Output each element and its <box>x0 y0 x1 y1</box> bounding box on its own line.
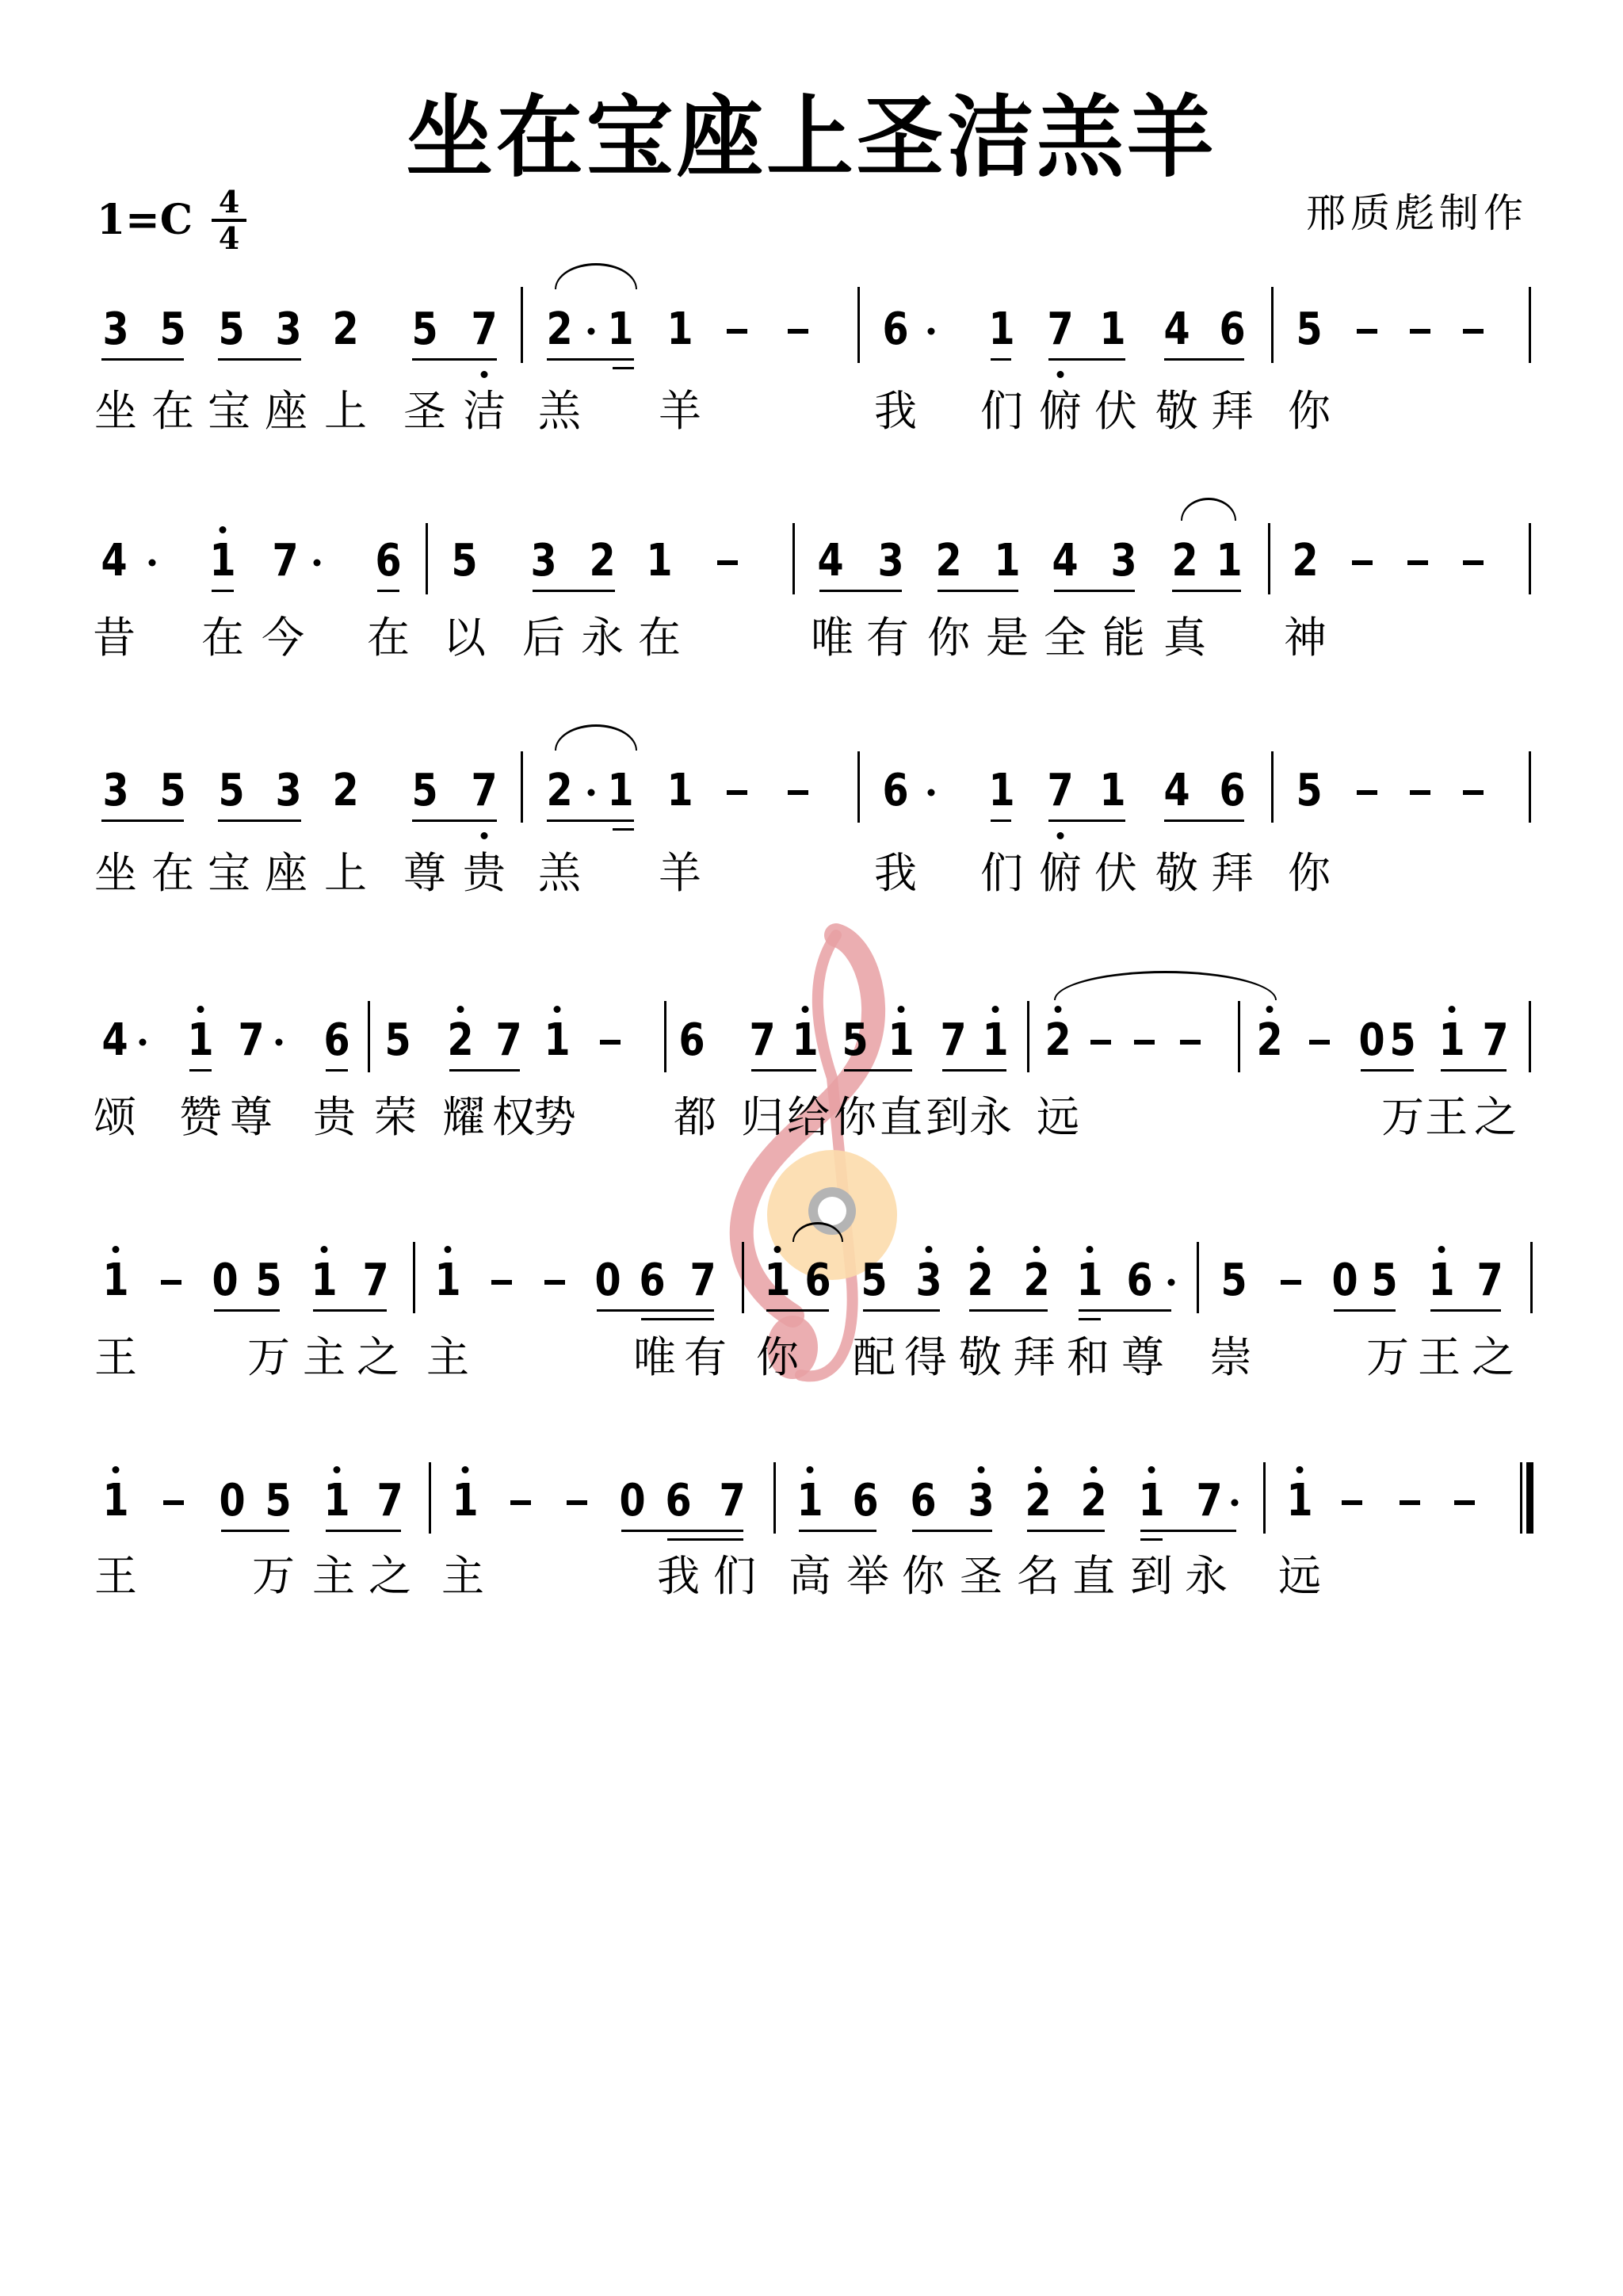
octave-up-dot <box>1266 1006 1274 1013</box>
lyric-char: 直 <box>1072 1555 1115 1598</box>
extension-dash <box>1407 560 1428 565</box>
note: 6 <box>1125 1259 1155 1303</box>
note: 7 <box>375 1479 406 1523</box>
note-digit: 7 <box>1196 1479 1222 1523</box>
note-digit: 3 <box>275 769 301 813</box>
augmentation-dot <box>928 789 935 797</box>
note: 7 <box>270 539 301 583</box>
final-barline <box>1520 1462 1533 1534</box>
extension-dash <box>544 1280 565 1285</box>
note: 0 <box>1330 1259 1361 1303</box>
extension-dash <box>1454 1500 1475 1505</box>
note-digit: 1 <box>888 1018 914 1063</box>
note-digit: 5 <box>159 769 185 813</box>
lyric-char: 圣 <box>403 390 446 433</box>
note: 1 <box>1136 1479 1167 1523</box>
note-digit: 2 <box>589 539 615 583</box>
note-digit: 5 <box>1220 1259 1247 1303</box>
note-digit: 1 <box>666 769 693 813</box>
extension-dash <box>1463 790 1484 795</box>
note: 6 <box>880 769 911 813</box>
lyric-char: 尊 <box>230 1096 273 1139</box>
lyric-char: 永 <box>969 1096 1012 1139</box>
note-digit: 1 <box>102 1259 128 1303</box>
note-digit: 7 <box>1476 1259 1503 1303</box>
lyric-char: 洁 <box>463 390 506 433</box>
note: 6 <box>908 1479 939 1523</box>
augmentation-dot <box>276 1039 283 1046</box>
note-digit: 2 <box>1025 1479 1051 1523</box>
note: 6 <box>663 1479 694 1523</box>
octave-up-dot <box>802 1006 809 1013</box>
note-digit: 7 <box>719 1479 745 1523</box>
note: 5 <box>840 1018 871 1063</box>
note-digit: 6 <box>1219 308 1245 352</box>
note-digit: 7 <box>1047 308 1073 352</box>
lyric-char: 你 <box>927 617 970 659</box>
lyric-char: 是 <box>986 617 1029 659</box>
octave-up-dot <box>1438 1246 1445 1253</box>
lyric-char: 主 <box>312 1555 355 1598</box>
octave-up-dot <box>113 1246 120 1253</box>
slur-tie <box>1181 498 1236 521</box>
lyric-char: 羊 <box>659 390 701 433</box>
lyric-char: 座 <box>265 852 307 895</box>
lyric-char: 主 <box>441 1555 484 1598</box>
underline <box>1441 1069 1507 1072</box>
lyric-char: 你 <box>756 1336 799 1379</box>
barline <box>1529 523 1531 594</box>
extension-dash <box>717 560 738 565</box>
note-digit: 7 <box>238 1018 264 1063</box>
lyric-char: 配 <box>853 1336 896 1379</box>
barline <box>1027 1001 1029 1072</box>
lyric-char: 万 <box>252 1555 295 1598</box>
lyric-char: 能 <box>1102 617 1145 659</box>
note-digit: 2 <box>1171 539 1197 583</box>
extension-dash <box>1309 1040 1330 1045</box>
lyric-char: 上 <box>324 852 367 895</box>
lyric-char: 王 <box>94 1336 137 1379</box>
lyric-char: 赞 <box>179 1096 222 1139</box>
note-digit: 4 <box>817 539 843 583</box>
note-digit: 3 <box>1110 539 1136 583</box>
note-digit: 3 <box>915 1259 941 1303</box>
note-digit: 6 <box>639 1259 665 1303</box>
note-digit: 1 <box>988 308 1014 352</box>
octave-up-dot <box>197 1006 204 1013</box>
double-underline <box>1140 1538 1163 1541</box>
octave-up-dot <box>1148 1466 1155 1473</box>
underline <box>863 1309 940 1312</box>
note: 6 <box>677 1018 708 1063</box>
note: 7 <box>1045 308 1076 352</box>
note-digit: 0 <box>1358 1018 1384 1063</box>
octave-up-dot <box>220 526 227 533</box>
note: 7 <box>469 308 500 352</box>
note: 2 <box>1043 1018 1074 1063</box>
note-digit: 2 <box>332 308 358 352</box>
underline <box>313 1309 387 1312</box>
note: 2 <box>1170 539 1201 583</box>
note-digit: 1 <box>1216 539 1242 583</box>
lyric-char: 你 <box>834 1096 876 1139</box>
lyric-char: 敬 <box>959 1336 1002 1379</box>
lyric-char: 有 <box>866 617 909 659</box>
note-digit: 0 <box>619 1479 645 1523</box>
note-digit: 5 <box>842 1018 868 1063</box>
barline <box>1197 1242 1199 1313</box>
note-digit: 7 <box>471 769 497 813</box>
note: 1 <box>987 769 1018 813</box>
note: 7 <box>494 1018 525 1063</box>
octave-up-dot <box>1086 1246 1094 1253</box>
octave-down-dot <box>481 371 488 378</box>
lyric-char: 尊 <box>403 852 446 895</box>
lyric-char: 贵 <box>463 852 506 895</box>
barline <box>742 1242 744 1313</box>
lyric-char: 上 <box>324 390 367 433</box>
extension-dash <box>491 1280 512 1285</box>
note-digit: 2 <box>1256 1018 1282 1063</box>
lyric-char: 永 <box>1185 1555 1228 1598</box>
barline <box>857 751 860 823</box>
lyric-char: 万 <box>1366 1336 1409 1379</box>
note: 3 <box>966 1479 997 1523</box>
note-digit: 7 <box>1482 1018 1508 1063</box>
note: 6 <box>880 308 911 352</box>
octave-up-dot <box>321 1246 328 1253</box>
note-digit: 3 <box>275 308 301 352</box>
barline <box>857 287 860 363</box>
augmentation-dot <box>1168 1279 1175 1286</box>
underline <box>969 1309 1048 1312</box>
note-digit: 4 <box>1163 769 1190 813</box>
underline <box>938 590 1018 592</box>
note: 4 <box>1050 539 1081 583</box>
note: 2 <box>587 539 618 583</box>
extension-dash <box>1352 560 1373 565</box>
lyric-char: 你 <box>1288 390 1331 433</box>
note-digit: 5 <box>861 1259 887 1303</box>
note-digit: 2 <box>1023 1259 1049 1303</box>
octave-up-dot <box>457 1006 464 1013</box>
note: 7 <box>1045 769 1076 813</box>
lyric-char: 你 <box>1288 852 1331 895</box>
lyric-char: 唯 <box>811 617 854 659</box>
octave-down-dot <box>1057 832 1064 839</box>
note-digit: 1 <box>452 1479 478 1523</box>
note: 5 <box>449 539 480 583</box>
lyric-char: 在 <box>201 617 244 659</box>
note-digit: 4 <box>101 539 127 583</box>
octave-up-dot <box>554 1006 561 1013</box>
lyric-char: 俯 <box>1039 390 1082 433</box>
note: 6 <box>1217 769 1248 813</box>
note: 3 <box>529 539 559 583</box>
barline <box>429 1462 431 1534</box>
note: 4 <box>1162 769 1193 813</box>
note-digit: 0 <box>212 1259 238 1303</box>
note: 5 <box>410 308 441 352</box>
note-digit: 1 <box>323 1479 349 1523</box>
note-digit: 3 <box>968 1479 994 1523</box>
lyric-char: 神 <box>1284 617 1327 659</box>
underline <box>547 819 634 822</box>
lyric-char: 座 <box>265 390 307 433</box>
note: 1 <box>101 1259 132 1303</box>
lyric-char: 荣 <box>374 1096 417 1139</box>
underline <box>212 590 234 592</box>
note-digit: 6 <box>882 308 908 352</box>
lyric-char: 圣 <box>960 1555 1002 1598</box>
extension-dash <box>567 1500 587 1505</box>
note-digit: 2 <box>935 539 961 583</box>
note-digit: 1 <box>187 1018 213 1063</box>
note-digit: 5 <box>218 769 244 813</box>
underline <box>412 819 497 822</box>
note: 0 <box>1357 1018 1388 1063</box>
lyric-char: 真 <box>1163 617 1206 659</box>
lyric-char: 坐 <box>94 852 137 895</box>
note: 2 <box>544 769 575 813</box>
note: 5 <box>1388 1018 1419 1063</box>
lyric-char: 王 <box>1418 1336 1461 1379</box>
note: 1 <box>644 539 675 583</box>
octave-up-dot <box>1035 1466 1042 1473</box>
underline <box>1172 590 1241 592</box>
extension-dash <box>510 1500 531 1505</box>
note-digit: 1 <box>646 539 672 583</box>
underline <box>844 1069 912 1072</box>
note: 0 <box>210 1259 241 1303</box>
note: 7 <box>361 1259 391 1303</box>
note-digit: 7 <box>272 539 298 583</box>
underline <box>326 1530 401 1532</box>
lyric-char: 贵 <box>313 1096 356 1139</box>
octave-up-dot <box>462 1466 469 1473</box>
slur-tie <box>555 263 637 289</box>
extension-dash <box>600 1040 621 1045</box>
note-digit: 6 <box>910 1479 936 1523</box>
note-digit: 1 <box>982 1018 1008 1063</box>
extension-dash <box>788 790 808 795</box>
lyric-char: 在 <box>638 617 681 659</box>
note-digit: 3 <box>102 769 128 813</box>
note: 1 <box>450 1479 481 1523</box>
lyric-char: 拜 <box>1211 390 1254 433</box>
extension-dash <box>1357 329 1377 334</box>
lyric-char: 伏 <box>1094 390 1137 433</box>
note: 3 <box>101 769 132 813</box>
note: 1 <box>992 539 1023 583</box>
note-digit: 5 <box>1371 1259 1397 1303</box>
lyric-char: 敬 <box>1155 390 1198 433</box>
note-digit: 1 <box>1099 308 1125 352</box>
barline <box>368 1001 370 1072</box>
underline <box>547 358 634 361</box>
underline <box>912 1530 992 1532</box>
note: 1 <box>433 1259 464 1303</box>
underline <box>1164 819 1244 822</box>
underline <box>189 1069 212 1072</box>
note: 5 <box>263 1479 294 1523</box>
lyric-char: 们 <box>980 852 1023 895</box>
note-digit: 1 <box>1286 1479 1312 1523</box>
note: 7 <box>236 1018 267 1063</box>
note: 1 <box>542 1018 573 1063</box>
underline <box>377 590 399 592</box>
extension-dash <box>1357 790 1377 795</box>
lyric-char: 永 <box>581 617 624 659</box>
note: 4 <box>100 1018 131 1063</box>
note: 5 <box>410 769 441 813</box>
key-signature: 1=C <box>97 200 193 241</box>
lyric-char: 王 <box>94 1555 137 1598</box>
time-signature: 4 4 <box>212 187 246 254</box>
note-digit: 3 <box>102 308 128 352</box>
octave-up-dot <box>1090 1466 1098 1473</box>
lyric-char: 们 <box>713 1555 756 1598</box>
note-digit: 5 <box>1389 1018 1415 1063</box>
lyric-char: 们 <box>980 390 1023 433</box>
underline <box>1361 1069 1414 1072</box>
extension-dash <box>727 329 747 334</box>
note: 2 <box>1023 1479 1054 1523</box>
note: 1 <box>987 308 1018 352</box>
underline <box>1430 1309 1501 1312</box>
lyric-char: 直 <box>880 1096 922 1139</box>
underline <box>412 358 497 361</box>
note: 7 <box>938 1018 969 1063</box>
note-digit: 2 <box>1080 1479 1106 1523</box>
note-digit: 4 <box>1163 308 1190 352</box>
note-digit: 6 <box>1126 1259 1152 1303</box>
octave-up-dot <box>1055 1006 1062 1013</box>
note-digit: 5 <box>411 769 437 813</box>
augmentation-dot <box>588 789 595 797</box>
note: 1 <box>1437 1018 1468 1063</box>
note: 5 <box>1294 769 1325 813</box>
underline <box>751 1069 816 1072</box>
note: 2 <box>1079 1479 1109 1523</box>
note: 5 <box>158 308 189 352</box>
lyric-char: 后 <box>522 617 565 659</box>
octave-up-dot <box>926 1246 933 1253</box>
lyric-char: 你 <box>902 1555 945 1598</box>
barline <box>1268 523 1270 594</box>
barline <box>792 523 795 594</box>
lyric-char: 俯 <box>1039 852 1082 895</box>
note-digit: 7 <box>1047 769 1073 813</box>
note-digit: 6 <box>678 1018 705 1063</box>
note: 3 <box>273 769 304 813</box>
note: 2 <box>330 308 361 352</box>
note: 7 <box>717 1479 748 1523</box>
lyric-char: 都 <box>674 1096 716 1139</box>
note: 1 <box>1075 1259 1106 1303</box>
extension-dash <box>1281 1280 1301 1285</box>
note-digit: 7 <box>689 1259 716 1303</box>
underline <box>942 1069 1006 1072</box>
time-signature-bottom: 4 <box>219 223 239 254</box>
underline <box>1054 590 1135 592</box>
underline <box>533 590 615 592</box>
note: 5 <box>1369 1259 1400 1303</box>
lyric-char: 我 <box>874 390 917 433</box>
note-digit: 5 <box>451 539 477 583</box>
note: 7 <box>1480 1018 1511 1063</box>
double-underline <box>1079 1318 1101 1320</box>
note-digit: 1 <box>544 1018 570 1063</box>
note-digit: 5 <box>1296 308 1322 352</box>
note-digit: 3 <box>877 539 903 583</box>
lyric-char: 远 <box>1278 1555 1321 1598</box>
note: 0 <box>593 1259 624 1303</box>
lyric-char: 拜 <box>1211 852 1254 895</box>
lyric-char: 给 <box>787 1096 830 1139</box>
lyric-char: 今 <box>262 617 304 659</box>
lyric-char: 全 <box>1044 617 1086 659</box>
lyric-char: 耀 <box>442 1096 485 1139</box>
extension-dash <box>161 1280 181 1285</box>
octave-up-dot <box>774 1246 781 1253</box>
note-digit: 7 <box>471 308 497 352</box>
note: 1 <box>1098 308 1128 352</box>
augmentation-dot <box>928 328 935 335</box>
note: 5 <box>859 1259 890 1303</box>
double-underline <box>641 1318 714 1320</box>
extension-dash <box>1410 329 1430 334</box>
note: 1 <box>886 1018 917 1063</box>
note-digit: 1 <box>607 769 633 813</box>
underline <box>218 819 301 822</box>
note: 1 <box>1285 1479 1316 1523</box>
note-digit: 4 <box>1052 539 1078 583</box>
note-digit: 1 <box>988 769 1014 813</box>
note: 5 <box>158 769 189 813</box>
note: 1 <box>309 1259 340 1303</box>
note-digit: 5 <box>411 308 437 352</box>
octave-up-dot <box>977 1246 984 1253</box>
lyric-char: 王 <box>1425 1096 1468 1139</box>
note: 7 <box>747 1018 778 1063</box>
note-digit: 7 <box>362 1259 388 1303</box>
note-digit: 1 <box>1076 1259 1102 1303</box>
note: 6 <box>803 1259 834 1303</box>
underline <box>991 358 1011 361</box>
lyric-char: 名 <box>1017 1555 1060 1598</box>
extension-dash <box>1400 1500 1420 1505</box>
barline <box>1529 751 1531 823</box>
note-digit: 1 <box>666 308 693 352</box>
lyric-char: 我 <box>657 1555 700 1598</box>
lyric-char: 主 <box>426 1336 469 1379</box>
double-underline <box>613 367 634 369</box>
barline <box>664 1001 666 1072</box>
underline <box>1079 1309 1171 1312</box>
extension-dash <box>1342 1500 1362 1505</box>
lyric-char: 万 <box>247 1336 290 1379</box>
note: 5 <box>1219 1259 1250 1303</box>
note: 5 <box>216 308 247 352</box>
lyric-char: 唯 <box>633 1336 676 1379</box>
note-digit: 7 <box>495 1018 521 1063</box>
note: 1 <box>762 1259 793 1303</box>
barline <box>521 287 523 363</box>
note-digit: 2 <box>1044 1018 1071 1063</box>
lyric-char: 势 <box>533 1096 576 1139</box>
